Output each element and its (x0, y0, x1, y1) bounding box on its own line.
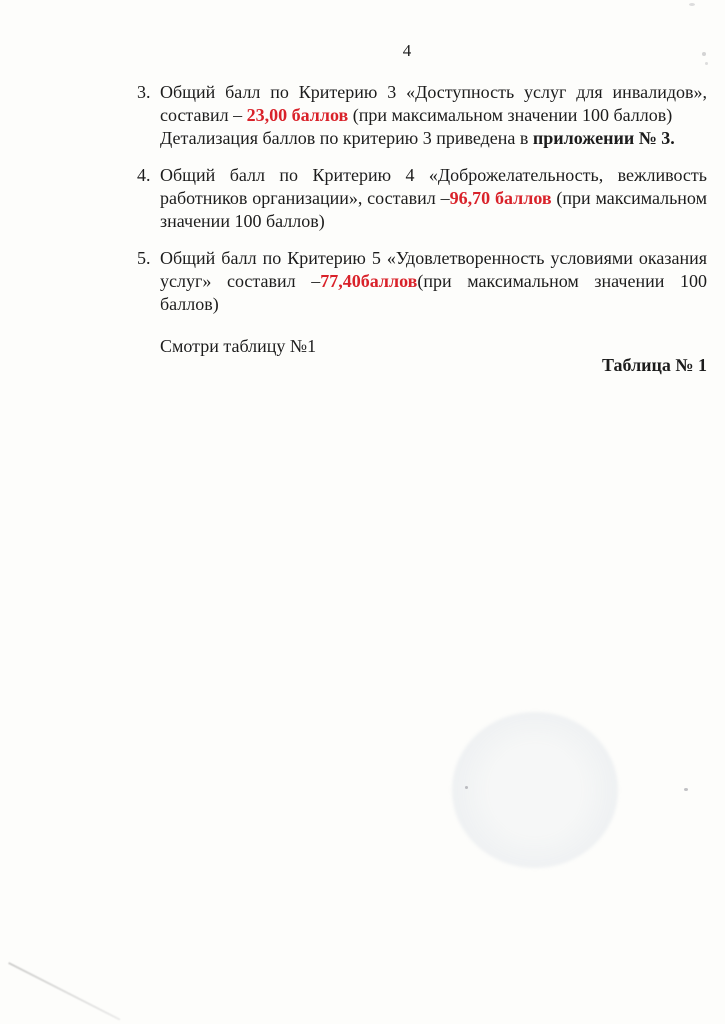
list-item-3: 3. Общий балл по Критерию 3 «Доступность… (137, 81, 707, 150)
item4-score-value: 96,70 баллов (450, 188, 552, 208)
scan-speck (689, 3, 695, 6)
list-item-3-text: Общий балл по Критерию 3 «Доступность ус… (160, 81, 707, 150)
list-item-4-text: Общий балл по Критерию 4 «Доброжелательн… (160, 164, 707, 233)
list-item-5-marker: 5. (137, 247, 160, 316)
crease-line (8, 962, 120, 1021)
item3-score-value: 23,00 баллов (247, 105, 349, 125)
list-item-4-marker: 4. (137, 164, 160, 233)
item3-appendix-reference: приложении № 3. (533, 128, 675, 148)
list-item-5: 5. Общий балл по Критерию 5 «Удовлетворе… (137, 247, 707, 316)
scan-speck (684, 788, 688, 791)
list-item-3-marker: 3. (137, 81, 160, 150)
item3-detail-lead: Детализация баллов по критерию 3 приведе… (160, 128, 533, 148)
stamp-watermark (452, 712, 618, 868)
list-item-4: 4. Общий балл по Критерию 4 «Доброжелате… (137, 164, 707, 233)
item5-score-value: 77,40баллов (320, 271, 417, 291)
item3-tail: (при максимальном значении 100 баллов) (348, 105, 672, 125)
document-page: 4 3. Общий балл по Критерию 3 «Доступнос… (0, 0, 725, 1024)
scan-speck (465, 786, 468, 789)
item3-detail-line: Детализация баллов по критерию 3 приведе… (160, 127, 707, 150)
scan-speck (702, 52, 706, 56)
page-number: 4 (137, 41, 677, 61)
document-body: 3. Общий балл по Критерию 3 «Доступность… (137, 81, 707, 377)
list-item-5-text: Общий балл по Критерию 5 «Удовлетворенно… (160, 247, 707, 316)
scan-speck (705, 62, 708, 65)
